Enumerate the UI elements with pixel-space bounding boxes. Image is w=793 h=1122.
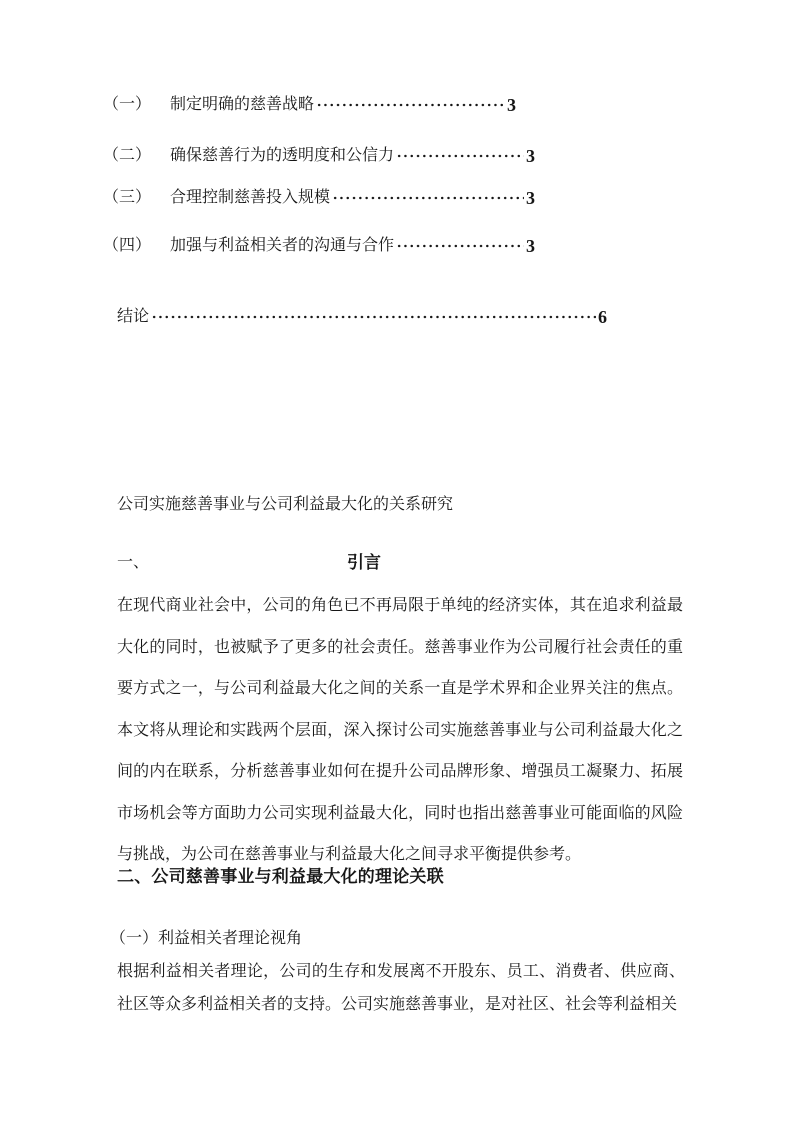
toc-entry-conclusion[interactable]: 结论 6 xyxy=(117,306,607,328)
section-1-number: 一、 xyxy=(117,551,149,575)
toc-page-number: 3 xyxy=(526,145,535,167)
document-title[interactable]: 公司实施慈善事业与公司利益最大化的关系研究 xyxy=(117,494,453,516)
toc-entry-3[interactable]: （三） 合理控制慈善投入规模 3 xyxy=(103,187,535,209)
toc-page-number: 3 xyxy=(526,187,535,209)
toc-entry-number: （一） xyxy=(103,94,151,116)
section-2-heading[interactable]: 二、公司慈善事业与利益最大化的理论关联 xyxy=(117,865,444,889)
dot-leader xyxy=(332,188,524,208)
toc-entry-title: 加强与利益相关者的沟通与合作 xyxy=(170,235,394,257)
stakeholder-theory-paragraph[interactable]: 根据利益相关者理论，公司的生存和发展离不开股东、员工、消费者、供应商、社区等众多… xyxy=(117,955,685,1021)
toc-entry-title: 确保慈善行为的透明度和公信力 xyxy=(170,145,394,167)
document-page: （一） 制定明确的慈善战略 3 （二） 确保慈善行为的透明度和公信力 3 （三）… xyxy=(0,0,793,1122)
section-1-heading-row[interactable]: 一、 引言 xyxy=(117,551,683,575)
toc-entry-1[interactable]: （一） 制定明确的慈善战略 3 xyxy=(103,94,516,116)
toc-entry-title: 结论 xyxy=(117,306,149,328)
dot-leader xyxy=(316,95,505,115)
toc-entry-number: （三） xyxy=(103,187,151,209)
subsection-1-heading[interactable]: （一）利益相关者理论视角 xyxy=(110,922,685,955)
toc-page-number: 3 xyxy=(526,235,535,257)
introduction-paragraph[interactable]: 在现代商业社会中，公司的角色已不再局限于单纯的经济实体，其在追求利益最大化的同时… xyxy=(117,585,683,876)
section-1-heading: 引言 xyxy=(347,551,381,575)
toc-entry-2[interactable]: （二） 确保慈善行为的透明度和公信力 3 xyxy=(103,145,535,167)
toc-page-number: 6 xyxy=(598,306,607,328)
dot-leader xyxy=(396,236,524,256)
toc-entry-number: （二） xyxy=(103,145,151,167)
toc-entry-number: （四） xyxy=(103,235,151,257)
dot-leader xyxy=(151,307,596,327)
dot-leader xyxy=(396,146,524,166)
toc-entry-4[interactable]: （四） 加强与利益相关者的沟通与合作 3 xyxy=(103,235,535,257)
section-2-content: （一）利益相关者理论视角 根据利益相关者理论，公司的生存和发展离不开股东、员工、… xyxy=(117,922,685,1021)
toc-entry-title: 合理控制慈善投入规模 xyxy=(170,187,330,209)
toc-page-number: 3 xyxy=(507,94,516,116)
toc-entry-title: 制定明确的慈善战略 xyxy=(170,94,314,116)
